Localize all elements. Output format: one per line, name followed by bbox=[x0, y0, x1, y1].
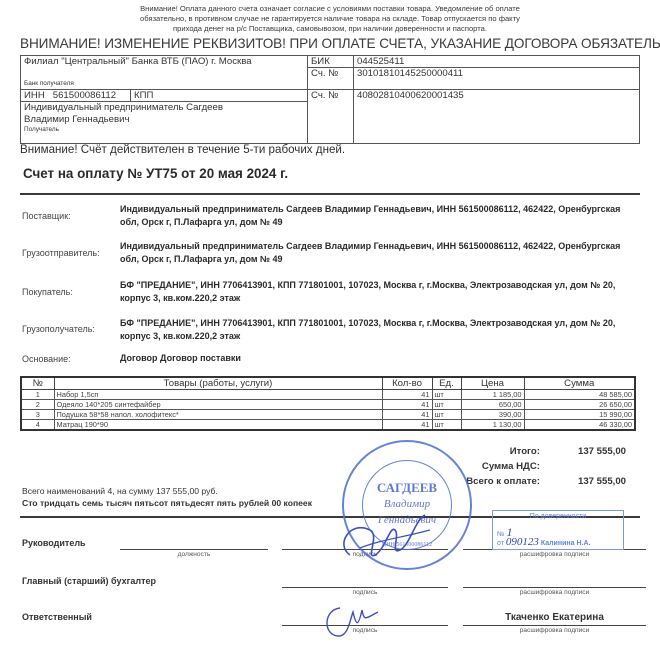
corr-account-label: Сч. № bbox=[308, 68, 354, 90]
row-name: Матрац 190*90 bbox=[54, 420, 382, 431]
row-price: 1 130,00 bbox=[461, 420, 524, 431]
decoding-caption: расшифровка подписи bbox=[463, 551, 646, 558]
col-price: Цена bbox=[461, 377, 524, 390]
row-name: Подушка 58*58 напол. холофитекс* bbox=[54, 410, 382, 420]
account-value: 40802810400620001435 bbox=[354, 90, 640, 144]
table-row: 1 Набор 1,5сп 41 шт 1 185,00 48 585,00 bbox=[21, 390, 635, 400]
row-sum: 46 330,00 bbox=[524, 420, 635, 431]
total-value: 137 555,00 bbox=[536, 446, 626, 457]
poa-date: 090123 bbox=[506, 536, 539, 548]
inn-label: ИНН bbox=[24, 90, 45, 101]
row-sum: 15 990,00 bbox=[524, 410, 635, 420]
buyer-label: Покупатель: bbox=[22, 287, 73, 297]
row-price: 390,00 bbox=[461, 410, 524, 420]
amount-in-words: Сто тридцать семь тысяч пятьсот пятьдеся… bbox=[22, 498, 312, 508]
accountant-signature-line bbox=[282, 587, 448, 588]
bank-caption: Банк получателя bbox=[24, 80, 74, 88]
title-divider bbox=[20, 193, 640, 195]
row-qty: 41 bbox=[382, 390, 432, 400]
row-price: 1 185,00 bbox=[461, 390, 524, 400]
basis-value: Договор Договор поставки bbox=[120, 352, 640, 365]
consignee-value: БФ "ПРЕДАНИЕ", ИНН 7706413901, КПП 77180… bbox=[120, 317, 640, 343]
row-name: Одеяло 140*205 синтефайбер bbox=[54, 400, 382, 410]
supplier-label: Поставщик: bbox=[22, 211, 71, 221]
inn-value: 561500086112 bbox=[53, 90, 116, 101]
account-label: Сч. № bbox=[308, 90, 354, 144]
shipper-label: Грузоотправитель: bbox=[22, 248, 100, 258]
consignee-label: Грузополучатель: bbox=[22, 324, 95, 334]
row-qty: 41 bbox=[382, 400, 432, 410]
position-caption: должность bbox=[120, 551, 268, 558]
bik-label: БИК bbox=[308, 56, 354, 68]
responsible-label: Ответственный bbox=[22, 612, 92, 622]
notice-line: Внимание! Оплата данного счета означает … bbox=[0, 4, 660, 14]
col-unit: Ед. bbox=[432, 377, 461, 390]
due-value: 137 555,00 bbox=[536, 476, 626, 487]
bank-name: Филиал "Центральный" Банка ВТБ (ПАО) г. … bbox=[24, 56, 304, 67]
recipient-name: Индивидуальный предприниматель Сагдеев В… bbox=[24, 102, 244, 126]
invoice-title: Счет на оплату № УТ75 от 20 мая 2024 г. bbox=[23, 166, 288, 181]
col-number: № bbox=[21, 377, 54, 390]
items-header-row: № Товары (работы, услуги) Кол-во Ед. Цен… bbox=[21, 377, 635, 390]
table-row: 3 Подушка 58*58 напол. холофитекс* 41 шт… bbox=[21, 410, 635, 420]
signature-caption: подпись bbox=[282, 589, 448, 596]
accountant-decoding-line bbox=[463, 587, 646, 588]
bank-name-cell: Филиал "Центральный" Банка ВТБ (ПАО) г. … bbox=[21, 56, 308, 90]
responsible-decoding-line bbox=[463, 625, 646, 626]
basis-label: Основание: bbox=[22, 354, 71, 364]
bank-details-table: Филиал "Центральный" Банка ВТБ (ПАО) г. … bbox=[20, 55, 640, 144]
poa-from-label: от bbox=[497, 540, 504, 547]
supplier-value: Индивидуальный предприниматель Сагдеев В… bbox=[120, 203, 640, 229]
col-sum: Сумма bbox=[524, 377, 635, 390]
items-table: № Товары (работы, услуги) Кол-во Ед. Цен… bbox=[20, 376, 636, 431]
power-of-attorney-stamp: По доверенности № 1 от 090123 Калинина Н… bbox=[492, 510, 624, 550]
row-number: 1 bbox=[21, 390, 54, 400]
accountant-label: Главный (старший) бухгалтер bbox=[22, 576, 156, 586]
recipient-cell: Индивидуальный предприниматель Сагдеев В… bbox=[21, 102, 308, 144]
table-row: 4 Матрац 190*90 41 шт 1 130,00 46 330,00 bbox=[21, 420, 635, 431]
notice-line: обязательно, в противном случае не гаран… bbox=[0, 14, 660, 24]
payment-notice: Внимание! Оплата данного счета означает … bbox=[0, 4, 660, 34]
corr-account-value: 30101810145250000411 bbox=[354, 68, 640, 90]
requisites-warning: ВНИМАНИЕ! ИЗМЕНЕНИЕ РЕКВИЗИТОВ! ПРИ ОПЛА… bbox=[20, 36, 660, 51]
shipper-value: Индивидуальный предприниматель Сагдеев В… bbox=[120, 240, 640, 266]
recipient-caption: Получатель bbox=[24, 126, 304, 134]
bik-value: 044525411 bbox=[354, 56, 640, 68]
buyer-value: БФ "ПРЕДАНИЕ", ИНН 7706413901, КПП 77180… bbox=[120, 279, 640, 305]
responsible-signature-scribble bbox=[318, 600, 398, 640]
poa-title: По доверенности bbox=[493, 513, 623, 520]
table-row: 2 Одеяло 140*205 синтефайбер 41 шт 650,0… bbox=[21, 400, 635, 410]
row-qty: 41 bbox=[382, 420, 432, 431]
kpp-label: КПП bbox=[131, 90, 308, 102]
notice-line: прихода денег на р/с Поставщика, самовыв… bbox=[0, 24, 660, 34]
row-sum: 48 585,00 bbox=[524, 390, 635, 400]
col-qty: Кол-во bbox=[382, 377, 432, 390]
row-number: 4 bbox=[21, 420, 54, 431]
responsible-name: Ткаченко Екатерина bbox=[463, 612, 646, 623]
items-count-summary: Всего наименований 4, на сумму 137 555,0… bbox=[22, 486, 218, 496]
director-label: Руководитель bbox=[22, 538, 86, 548]
row-unit: шт bbox=[432, 400, 461, 410]
decoding-caption: расшифровка подписи bbox=[463, 627, 646, 634]
row-unit: шт bbox=[432, 390, 461, 400]
inn-cell: ИНН 561500086112 bbox=[21, 90, 131, 102]
validity-notice: Внимание! Счёт действителен в течение 5-… bbox=[20, 143, 345, 156]
director-signature-scribble bbox=[330, 500, 450, 570]
row-qty: 41 bbox=[382, 410, 432, 420]
row-sum: 26 650,00 bbox=[524, 400, 635, 410]
row-name: Набор 1,5сп bbox=[54, 390, 382, 400]
director-position-line bbox=[120, 549, 268, 550]
decoding-caption: расшифровка подписи bbox=[463, 589, 646, 596]
row-number: 2 bbox=[21, 400, 54, 410]
row-price: 650,00 bbox=[461, 400, 524, 410]
row-number: 3 bbox=[21, 410, 54, 420]
col-goods: Товары (работы, услуги) bbox=[54, 377, 382, 390]
row-unit: шт bbox=[432, 410, 461, 420]
poa-name: Калинина Н.А. bbox=[541, 540, 591, 547]
stamp-surname: САГДЕЕВ bbox=[344, 480, 470, 496]
row-unit: шт bbox=[432, 420, 461, 431]
